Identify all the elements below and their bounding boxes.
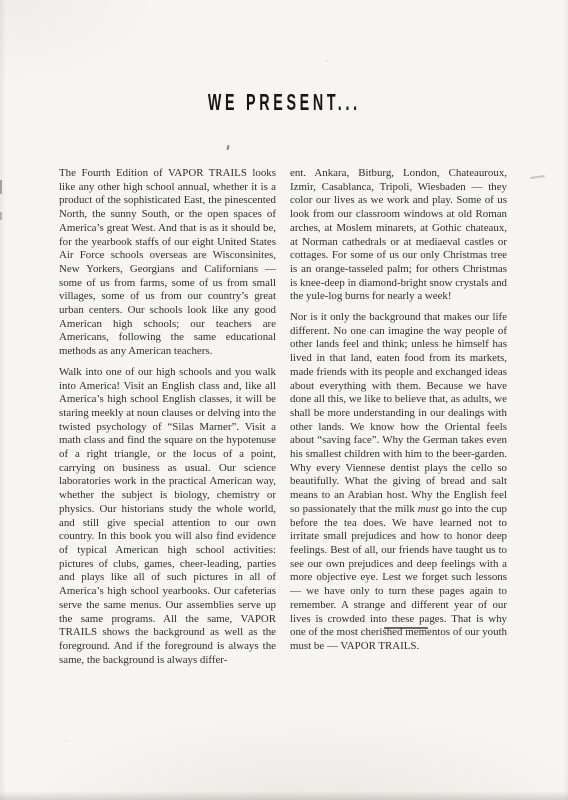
paragraph: The Fourth Edition of VAPOR TRAILS looks… <box>59 167 276 359</box>
paragraph: Walk into one of our high schools and yo… <box>59 366 276 667</box>
body-text: Walk into one of our high schools and yo… <box>59 366 276 666</box>
paragraph: Nor is it only the background that makes… <box>290 311 507 654</box>
scan-speck-artifact <box>226 145 229 150</box>
page-title-text: WE PRESENT... <box>208 89 361 116</box>
yearbook-page: WE PRESENT... The Fourth Edition of VAPO… <box>0 0 568 800</box>
body-text: ent. Ankara, Bitburg, London, Chateaurou… <box>290 167 507 302</box>
column-left: The Fourth Edition of VAPOR TRAILS looks… <box>59 167 276 674</box>
body-text: go into the cup before the tea does. We … <box>290 503 507 652</box>
body-text: The Fourth Edition of VAPOR TRAILS looks… <box>59 167 276 357</box>
column-right: ent. Ankara, Bitburg, London, Chateaurou… <box>290 167 507 674</box>
body-text: Nor is it only the background that makes… <box>290 311 507 515</box>
paragraph: ent. Ankara, Bitburg, London, Chateaurou… <box>290 167 507 304</box>
italic-text: must <box>418 503 439 515</box>
page-title: WE PRESENT... <box>0 0 568 118</box>
article-columns: The Fourth Edition of VAPOR TRAILS looks… <box>0 167 568 674</box>
